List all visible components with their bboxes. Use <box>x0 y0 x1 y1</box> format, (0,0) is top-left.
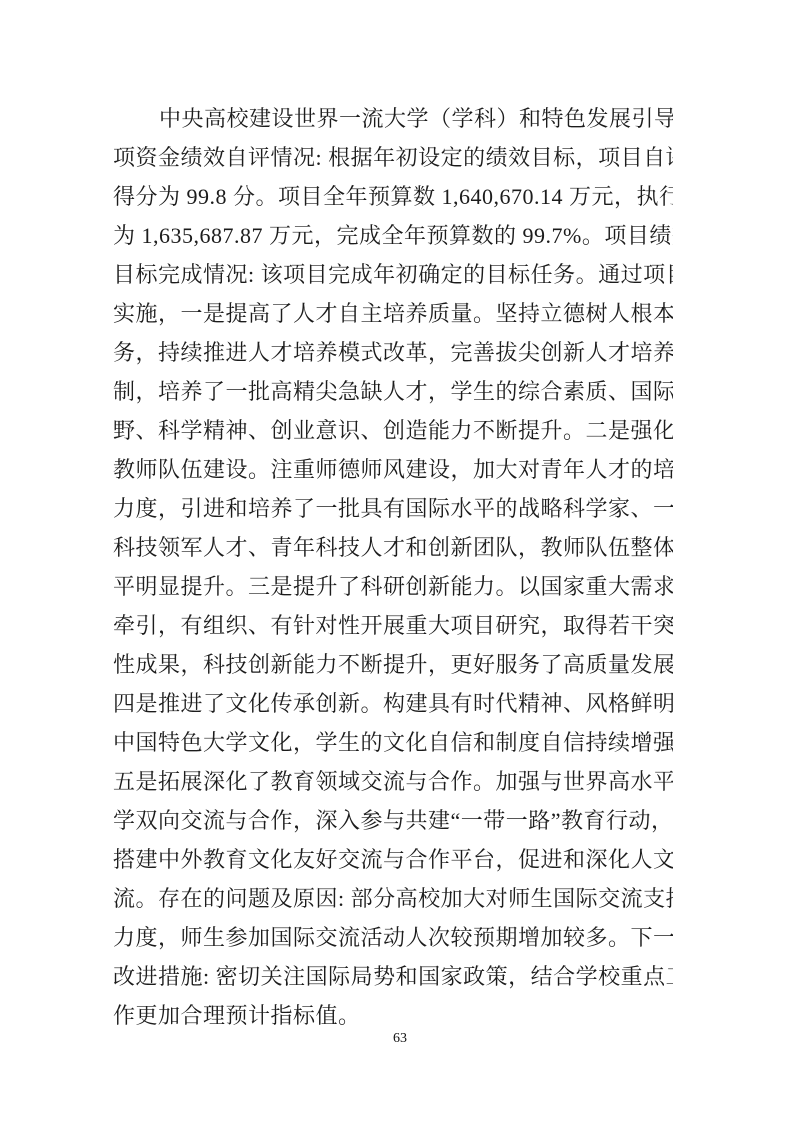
text-line: 科技领军人才、青年科技人才和创新团队，教师队伍整体水 <box>113 528 673 567</box>
text-line: 目标完成情况: 该项目完成年初确定的目标任务。通过项目 <box>113 255 673 294</box>
text-line: 搭建中外教育文化友好交流与合作平台，促进和深化人文交 <box>113 840 673 879</box>
page-number: 63 <box>0 1031 800 1047</box>
text-line: 为 1,635,687.87 万元，完成全年预算数的 99.7%。项目绩效 <box>113 216 673 255</box>
text-line: 四是推进了文化传承创新。构建具有时代精神、风格鲜明的 <box>113 684 673 723</box>
text-line: 牵引，有组织、有针对性开展重大项目研究，取得若干突破 <box>113 606 673 645</box>
text-line: 教师队伍建设。注重师德师风建设，加大对青年人才的培育 <box>113 450 673 489</box>
text-line: 项资金绩效自评情况: 根据年初设定的绩效目标，项目自评 <box>113 138 673 177</box>
text-line: 得分为 99.8 分。项目全年预算数 1,640,670.14 万元，执行数 <box>113 177 673 216</box>
text-line: 力度，师生参加国际交流活动人次较预期增加较多。下一步 <box>113 918 673 957</box>
body-text: 中央高校建设世界一流大学（学科）和特色发展引导专 项资金绩效自评情况: 根据年初… <box>113 99 673 1035</box>
text-line: 务，持续推进人才培养模式改革，完善拔尖创新人才培养机 <box>113 333 673 372</box>
text-line: 制，培养了一批高精尖急缺人才，学生的综合素质、国际视 <box>113 372 673 411</box>
text-line: 学双向交流与合作，深入参与共建“一带一路”教育行动， <box>113 801 673 840</box>
text-line: 五是拓展深化了教育领域交流与合作。加强与世界高水平大 <box>113 762 673 801</box>
text-line: 改进措施: 密切关注国际局势和国家政策，结合学校重点工 <box>113 957 673 996</box>
text-line: 中国特色大学文化，学生的文化自信和制度自信持续增强。 <box>113 723 673 762</box>
text-line: 实施，一是提高了人才自主培养质量。坚持立德树人根本任 <box>113 294 673 333</box>
text-line: 平明显提升。三是提升了科研创新能力。以国家重大需求为 <box>113 567 673 606</box>
document-page: 中央高校建设世界一流大学（学科）和特色发展引导专 项资金绩效自评情况: 根据年初… <box>0 0 800 1131</box>
text-line: 流。存在的问题及原因: 部分高校加大对师生国际交流支持 <box>113 879 673 918</box>
text-line: 性成果，科技创新能力不断提升，更好服务了高质量发展。 <box>113 645 673 684</box>
text-line: 野、科学精神、创业意识、创造能力不断提升。二是强化了 <box>113 411 673 450</box>
text-line: 力度，引进和培养了一批具有国际水平的战略科学家、一流 <box>113 489 673 528</box>
text-line: 作更加合理预计指标值。 <box>113 996 673 1035</box>
text-line: 中央高校建设世界一流大学（学科）和特色发展引导专 <box>113 99 673 138</box>
